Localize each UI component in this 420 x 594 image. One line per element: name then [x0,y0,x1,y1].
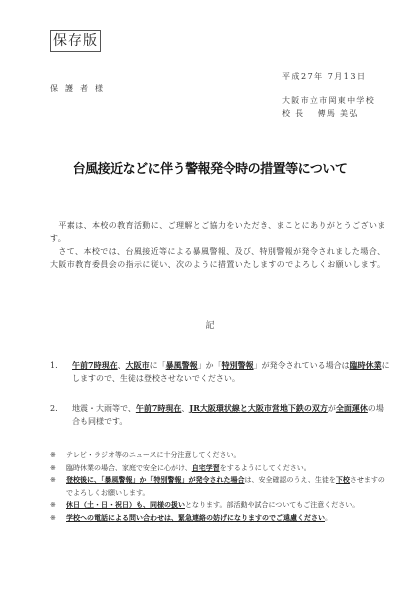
emphasis: 自宅学習 [192,463,220,472]
school-name: 大阪市立市岡東中学校 [282,95,375,106]
archive-stamp: 保存版 [50,30,101,52]
item-number: 1. [50,359,72,385]
note-2: ※ 臨時休業の場合、家庭で安全に心がけ、自宅学習をするようにしてください。 [50,462,390,475]
emphasis: 下校 [336,475,350,484]
item-text: 午前7時現在、大阪市に「暴風警報」か「特別警報」が発令されている場合は臨時休業に… [72,359,390,385]
document-title: 台風接近などに伴う警報発令時の措置等について [0,158,420,177]
addressee: 保護者様 [50,83,110,94]
text: 地震・大雨等で、 [72,404,136,413]
note-mark: ※ [50,462,66,475]
emphasis: 休日（土・日・祝日）も、同様の扱い [66,500,185,509]
item-text: 地震・大雨等で、午前7時現在、JR大阪環状線と大阪市営地下鉄の双方が全面運休の場… [72,402,390,428]
emphasis: 午前7時現在 [72,360,118,370]
note-3: ※ 登校後に、「暴風警報」か「特別警報」が発令された場合は、安全確認のうえ、生徒… [50,474,390,499]
emphasis: 大阪市 [126,360,150,370]
note-mark: ※ [50,499,66,512]
note-mark: ※ [50,449,66,462]
item-number: 2. [50,402,72,428]
note-1: ※ テレビ・ラジオ等のニュースに十分注意してください。 [50,449,390,462]
text: 臨時休業の場合、家庭で安全に心がけ、 [66,464,192,472]
text: は、安全確認のうえ、生徒を [245,476,336,484]
notes-list: ※ テレビ・ラジオ等のニュースに十分注意してください。 ※ 臨時休業の場合、家庭… [50,449,390,524]
note-mark: ※ [50,512,66,525]
emphasis: 臨時休業 [350,360,382,370]
emphasis: 登校後に、「暴風警報」か「特別警報」が発令された場合 [66,475,245,484]
text: をするようにしてください。 [220,464,311,472]
principal-name: 校 長 傳馬 美弘 [282,108,359,119]
text: 。 [325,514,332,522]
note-text: 臨時休業の場合、家庭で安全に心がけ、自宅学習をするようにしてください。 [66,462,390,475]
text: 」か「 [198,361,222,370]
text: 」が発令されている場合は [254,361,350,370]
text: が [328,404,336,413]
policy-paragraph: さて、本校では、台風接近等による暴風警報、及び、特別警報が発令されました場合、大… [50,245,390,271]
text: となります。部活動や試合についてもご注意ください。 [185,501,359,509]
emphasis: 午前7時現在 [136,403,182,413]
list-item-1: 1. 午前7時現在、大阪市に「暴風警報」か「特別警報」が発令されている場合は臨時… [50,359,390,385]
emphasis: 暴風警報 [166,360,198,370]
note-text: 学校への電話による問い合わせは、緊急連絡の妨げになりますのでご遠慮ください。 [66,512,390,525]
note-text: 登校後に、「暴風警報」か「特別警報」が発令された場合は、安全確認のうえ、生徒を下… [66,474,390,499]
issue-date: 平成27年 7月13日 [282,71,367,82]
greeting-paragraph: 平素は、本校の教育活動に、ご理解とご協力をいただき、まことにありがとうございます… [50,219,390,245]
note-5: ※ 学校への電話による問い合わせは、緊急連絡の妨げになりますのでご遠慮ください。 [50,512,390,525]
note-mark: ※ [50,474,66,499]
emphasis: JR大阪環状線と大阪市営地下鉄の双方 [189,403,327,413]
list-item-2: 2. 地震・大雨等で、午前7時現在、JR大阪環状線と大阪市営地下鉄の双方が全面運… [50,402,390,428]
ki-heading: 記 [0,318,420,331]
emphasis: 特別警報 [222,360,254,370]
emphasis: 全面運休 [336,403,368,413]
text: に「 [150,361,166,370]
intro-paragraphs: 平素は、本校の教育活動に、ご理解とご協力をいただき、まことにありがとうございます… [50,219,390,271]
text: 、 [118,361,126,370]
note-4: ※ 休日（土・日・祝日）も、同様の扱いとなります。部活動や試合についてもご注意く… [50,499,390,512]
emphasis: 学校への電話による問い合わせは、緊急連絡の妨げになりますのでご遠慮ください [66,513,325,522]
note-text: テレビ・ラジオ等のニュースに十分注意してください。 [66,449,390,462]
note-text: 休日（土・日・祝日）も、同様の扱いとなります。部活動や試合についてもご注意くださ… [66,499,390,512]
